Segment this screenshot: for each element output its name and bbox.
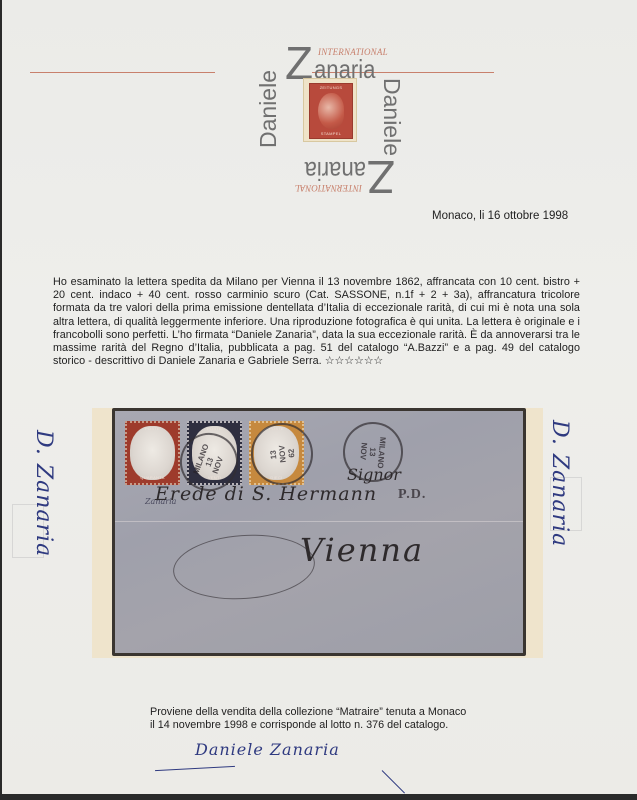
provenance-note: Proviene della vendita della collezione … [150, 706, 510, 732]
postmark-month: NOV [359, 442, 369, 460]
script-flourish [171, 530, 317, 604]
logo-stamp-image: ZEITUNGS STAMPEL [309, 83, 353, 139]
pd-mark: P.D. [398, 487, 426, 503]
certificate-body: Ho esaminato la lettera spedita da Milan… [53, 276, 580, 368]
stamp-40-cent: POSTE QUARANTA [125, 421, 180, 485]
address-script: Erede di S. Hermann [155, 483, 377, 505]
letter-photo: POSTE QUARANTA POSTE VENTI POSTE DIECI M… [112, 408, 526, 656]
logo-emblem-stamp: ZEITUNGS STAMPEL [303, 78, 357, 142]
zanaria-logo: Z INTERNATIONAL anaria Daniele Daniele Z… [255, 30, 405, 180]
logo-z-inverted: Z [367, 154, 395, 200]
side-signature-left: D. Zanaria [31, 430, 56, 557]
logo-daniele-left: Daniele [257, 70, 280, 148]
king-cameo-icon: POSTE QUARANTA [130, 426, 175, 480]
stamp-top-label: POSTE [130, 426, 175, 431]
logo-inverted-group: Z INTERNATIONAL anaria [285, 150, 395, 200]
provenance-line-2: il 14 novembre 1998 e corrisponde al lot… [150, 719, 510, 732]
salutation-script: Signor [347, 465, 401, 484]
cover-letter: POSTE QUARANTA POSTE VENTI POSTE DIECI M… [115, 411, 523, 653]
city-script: Vienna [300, 531, 424, 569]
mercury-head-icon [318, 93, 344, 129]
postmark-day: 13 [368, 447, 378, 457]
logo-stamp-top-label: ZEITUNGS [320, 85, 343, 91]
place-date: Monaco, li 16 ottobre 1998 [432, 210, 568, 222]
stamp-top-label: POSTE [192, 426, 237, 431]
stamp-bottom-label: QUARANTA [130, 475, 175, 480]
logo-anaria-inverted: anaria [305, 158, 366, 184]
expert-signature: Daniele Zanaria [195, 740, 340, 759]
side-signature-right: D. Zanaria [547, 420, 572, 547]
letter-fold [115, 521, 523, 522]
logo-daniele-right: Daniele [380, 78, 403, 156]
postmark-year: 62 [286, 448, 296, 458]
provenance-line-1: Proviene della vendita della collezione … [150, 706, 510, 719]
header-rule-left [30, 72, 215, 73]
logo-stamp-bottom-label: STAMPEL [321, 131, 341, 137]
